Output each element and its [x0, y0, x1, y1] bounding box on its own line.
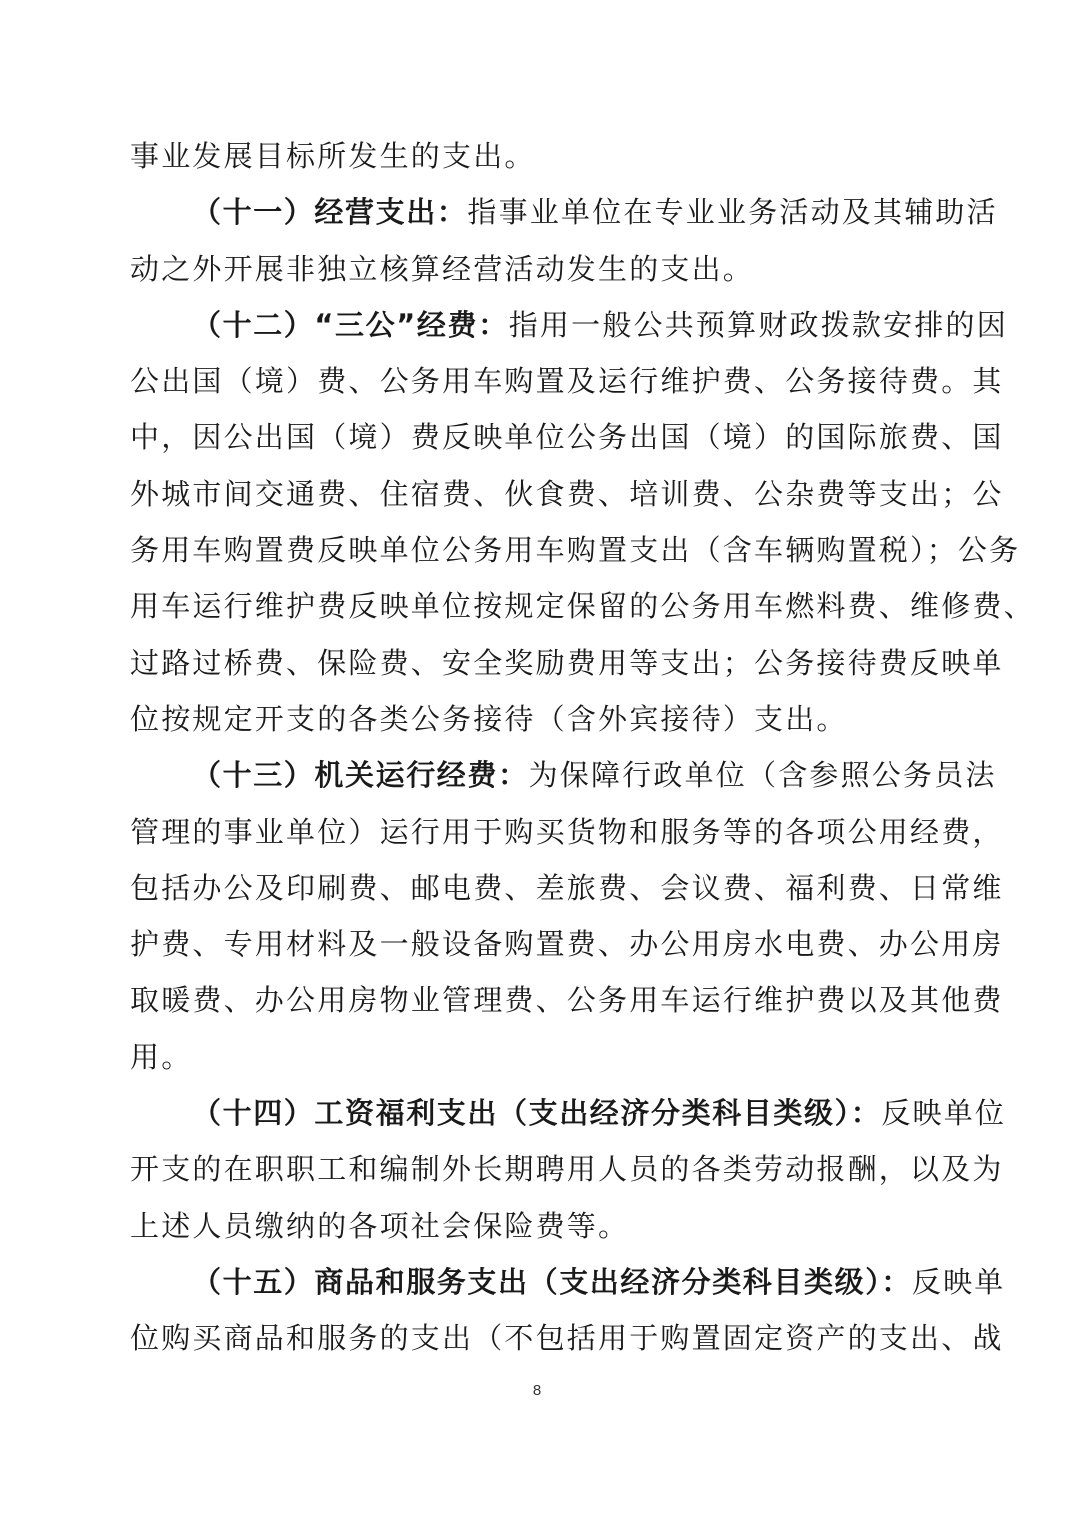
- text-line: 位按规定开支的各类公务接待（含外宾接待）支出。: [130, 691, 948, 747]
- text-line: 事业发展目标所发生的支出。: [130, 128, 948, 184]
- text-line: 中，因公出国（境）费反映单位公务出国（境）的国际旅费、国: [130, 409, 948, 465]
- text-line: 务用车购置费反映单位公务用车购置支出（含车辆购置税）；公务: [130, 522, 948, 578]
- section-title: （十三）机关运行经费：: [192, 758, 529, 792]
- section-title: （十五）商品和服务支出（支出经济分类科目类级）：: [192, 1265, 912, 1299]
- text-line: 外城市间交通费、住宿费、伙食费、培训费、公杂费等支出；公: [130, 466, 948, 522]
- text-line: 动之外开展非独立核算经营活动发生的支出。: [130, 241, 948, 297]
- text-line: 管理的事业单位）运行用于购买货物和服务等的各项公用经费，: [130, 804, 948, 860]
- section-title: （十一）经营支出：: [192, 195, 467, 229]
- text-line: 包括办公及印刷费、邮电费、差旅费、会议费、福利费、日常维: [130, 860, 948, 916]
- section-body: 指事业单位在专业业务活动及其辅助活: [467, 195, 997, 229]
- text-line: 护费、专用材料及一般设备购置费、办公用房水电费、办公用房: [130, 916, 948, 972]
- section-body: 指用一般公共预算财政拨款安排的因: [509, 308, 1008, 342]
- text-line: 位购买商品和服务的支出（不包括用于购置固定资产的支出、战: [130, 1310, 948, 1366]
- text-line: 过路过桥费、保险费、安全奖励费用等支出；公务接待费反映单: [130, 635, 948, 691]
- section-body: 反映单位: [881, 1096, 1006, 1130]
- page-number: 8: [0, 1382, 1074, 1399]
- text-line: 用车运行维护费反映单位按规定保留的公务用车燃料费、维修费、: [130, 578, 948, 634]
- section-body: 反映单: [912, 1265, 1006, 1299]
- section-title: （十二）“三公”经费：: [192, 308, 509, 342]
- section-title: （十四）工资福利支出（支出经济分类科目类级）：: [192, 1096, 881, 1130]
- section-heading-15: （十五）商品和服务支出（支出经济分类科目类级）：反映单: [130, 1254, 948, 1310]
- document-page: 事业发展目标所发生的支出。 （十一）经营支出：指事业单位在专业业务活动及其辅助活…: [130, 128, 948, 1367]
- section-body: 为保障行政单位（含参照公务员法: [529, 758, 997, 792]
- section-heading-12: （十二）“三公”经费：指用一般公共预算财政拨款安排的因: [130, 297, 948, 353]
- text-line: 开支的在职职工和编制外长期聘用人员的各类劳动报酬，以及为: [130, 1141, 948, 1197]
- text-line: 上述人员缴纳的各项社会保险费等。: [130, 1198, 948, 1254]
- section-heading-11: （十一）经营支出：指事业单位在专业业务活动及其辅助活: [130, 184, 948, 240]
- text-line: 用。: [130, 1029, 948, 1085]
- text-line: 公出国（境）费、公务用车购置及运行维护费、公务接待费。其: [130, 353, 948, 409]
- section-heading-14: （十四）工资福利支出（支出经济分类科目类级）：反映单位: [130, 1085, 948, 1141]
- section-heading-13: （十三）机关运行经费：为保障行政单位（含参照公务员法: [130, 747, 948, 803]
- text-line: 取暖费、办公用房物业管理费、公务用车运行维护费以及其他费: [130, 972, 948, 1028]
